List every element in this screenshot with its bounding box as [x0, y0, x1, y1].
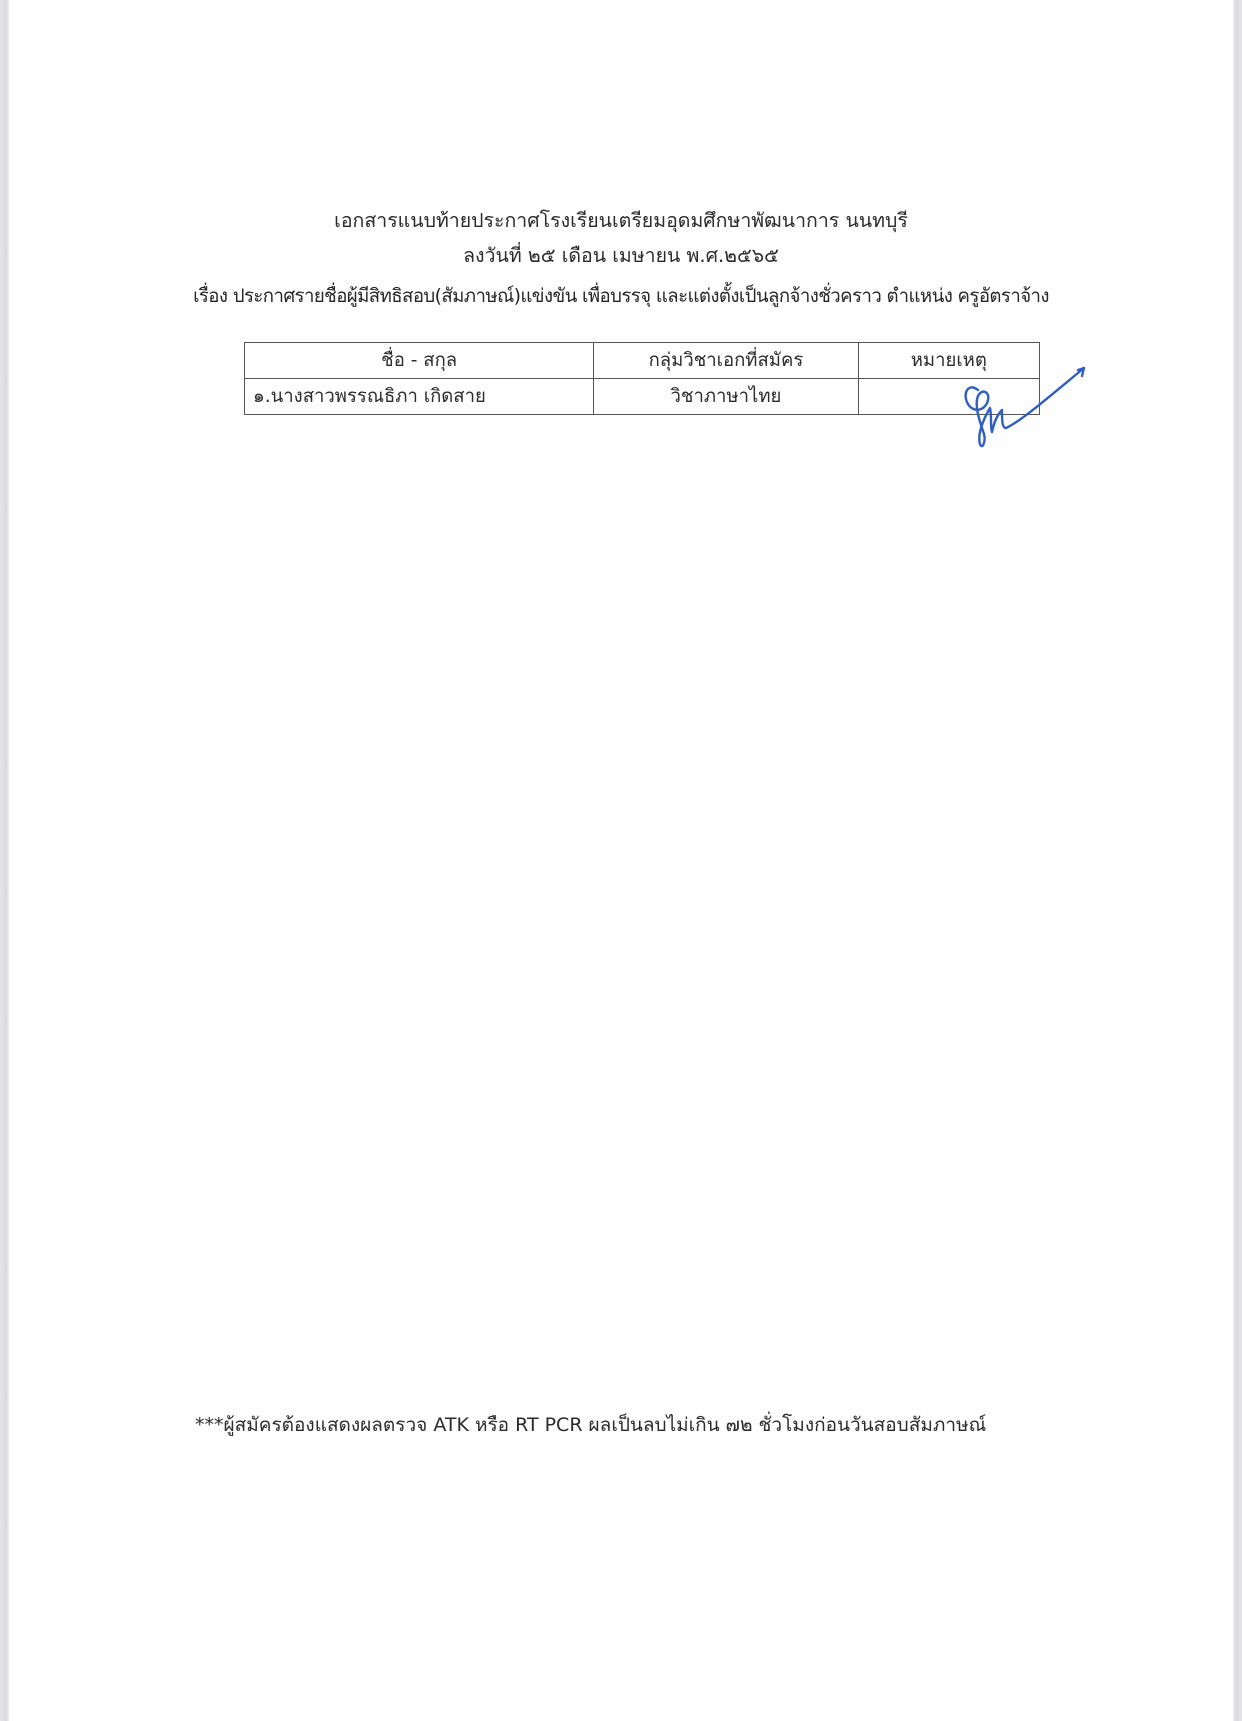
header-title: เอกสารแนบท้ายประกาศโรงเรียนเตรียมอุดมศึก… [0, 207, 1242, 235]
column-header-subject: กลุ่มวิชาเอกที่สมัคร [594, 343, 858, 379]
column-header-name: ชื่อ - สกุล [245, 343, 594, 379]
footer-note: ***ผู้สมัครต้องแสดงผลตรวจ ATK หรือ RT PC… [195, 1410, 986, 1440]
header-subject: เรื่อง ประกาศรายชื่อผู้มีสิทธิสอบ(สัมภาษ… [12, 282, 1229, 310]
cell-name: ๑.นางสาวพรรณธิภา เกิดสาย [245, 379, 594, 415]
signature-icon [960, 360, 1090, 460]
table-row: ๑.นางสาวพรรณธิภา เกิดสาย วิชาภาษาไทย [245, 379, 1040, 415]
cell-subject: วิชาภาษาไทย [594, 379, 858, 415]
header-date: ลงวันที่ ๒๕ เดือน เมษายน พ.ศ.๒๕๖๕ [0, 242, 1242, 270]
table-header-row: ชื่อ - สกุล กลุ่มวิชาเอกที่สมัคร หมายเหต… [245, 343, 1040, 379]
candidate-table: ชื่อ - สกุล กลุ่มวิชาเอกที่สมัคร หมายเหต… [244, 342, 1040, 415]
